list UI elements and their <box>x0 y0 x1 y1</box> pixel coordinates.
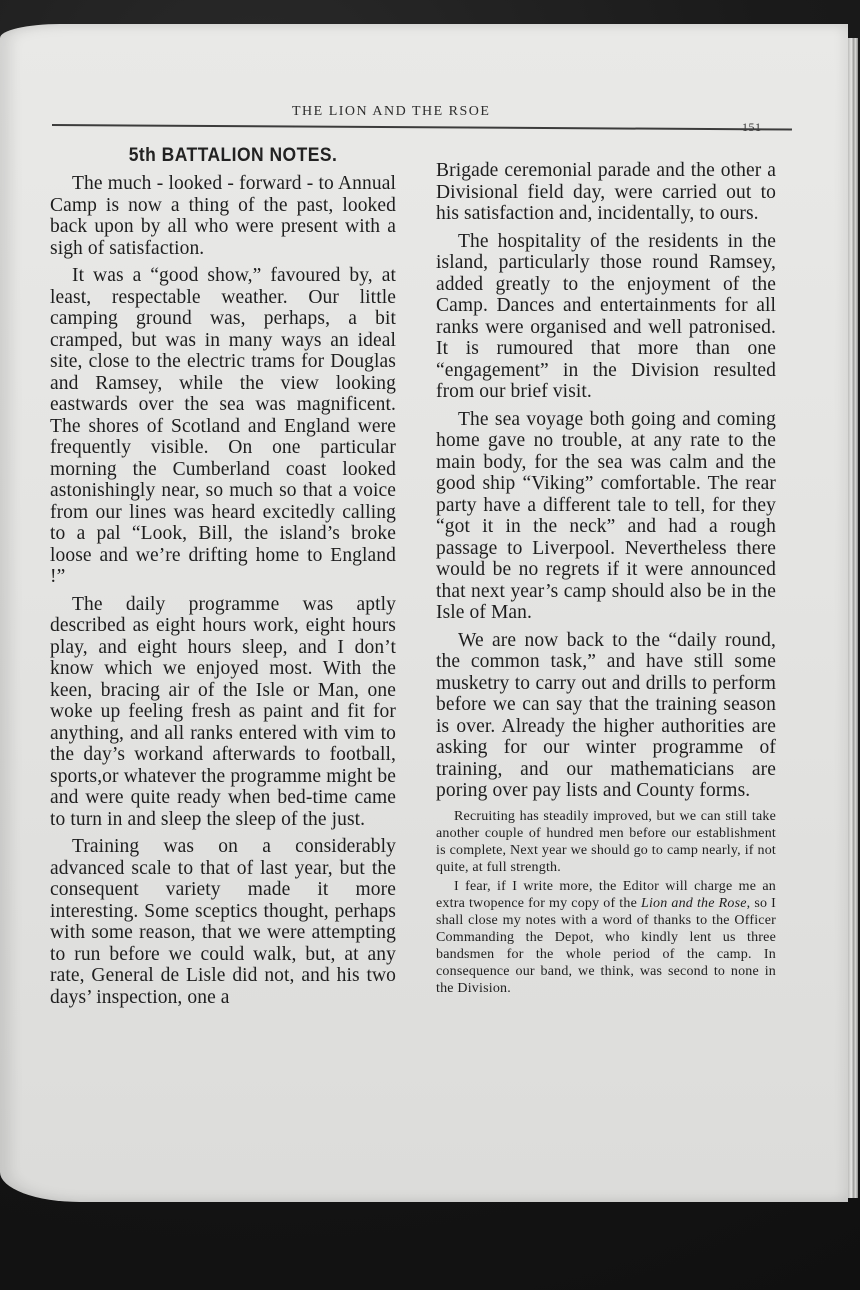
small-paragraph: I fear, if I write more, the Editor will… <box>436 878 776 997</box>
paragraph-continued: Brigade ceremonial parade and the other … <box>436 160 776 225</box>
right-column: Brigade ceremonial parade and the other … <box>436 160 776 999</box>
small-paragraph: Recruiting has steadily improved, but we… <box>436 808 776 876</box>
paragraph: The sea voyage both going and coming hom… <box>436 409 776 624</box>
running-title: THE LION AND THE RSOE <box>292 104 490 120</box>
paragraph: We are now back to the “daily round, the… <box>436 630 776 802</box>
paragraph: It was a “good show,” favoured by, at le… <box>50 265 396 588</box>
publication-title: Lion and the Rose <box>641 896 747 911</box>
paragraph: The daily programme was aptly described … <box>50 594 396 831</box>
paragraph: Training was on a considerably advanced … <box>50 836 396 1008</box>
paragraph: The hospitality of the residents in the … <box>436 231 776 403</box>
left-column: 5th BATTALION NOTES. The much - looked -… <box>50 145 396 1014</box>
page-stack-edge <box>848 38 858 1198</box>
article-title: 5th BATTALION NOTES. <box>83 145 383 167</box>
paragraph: The much - looked - forward - to Annual … <box>50 173 396 259</box>
